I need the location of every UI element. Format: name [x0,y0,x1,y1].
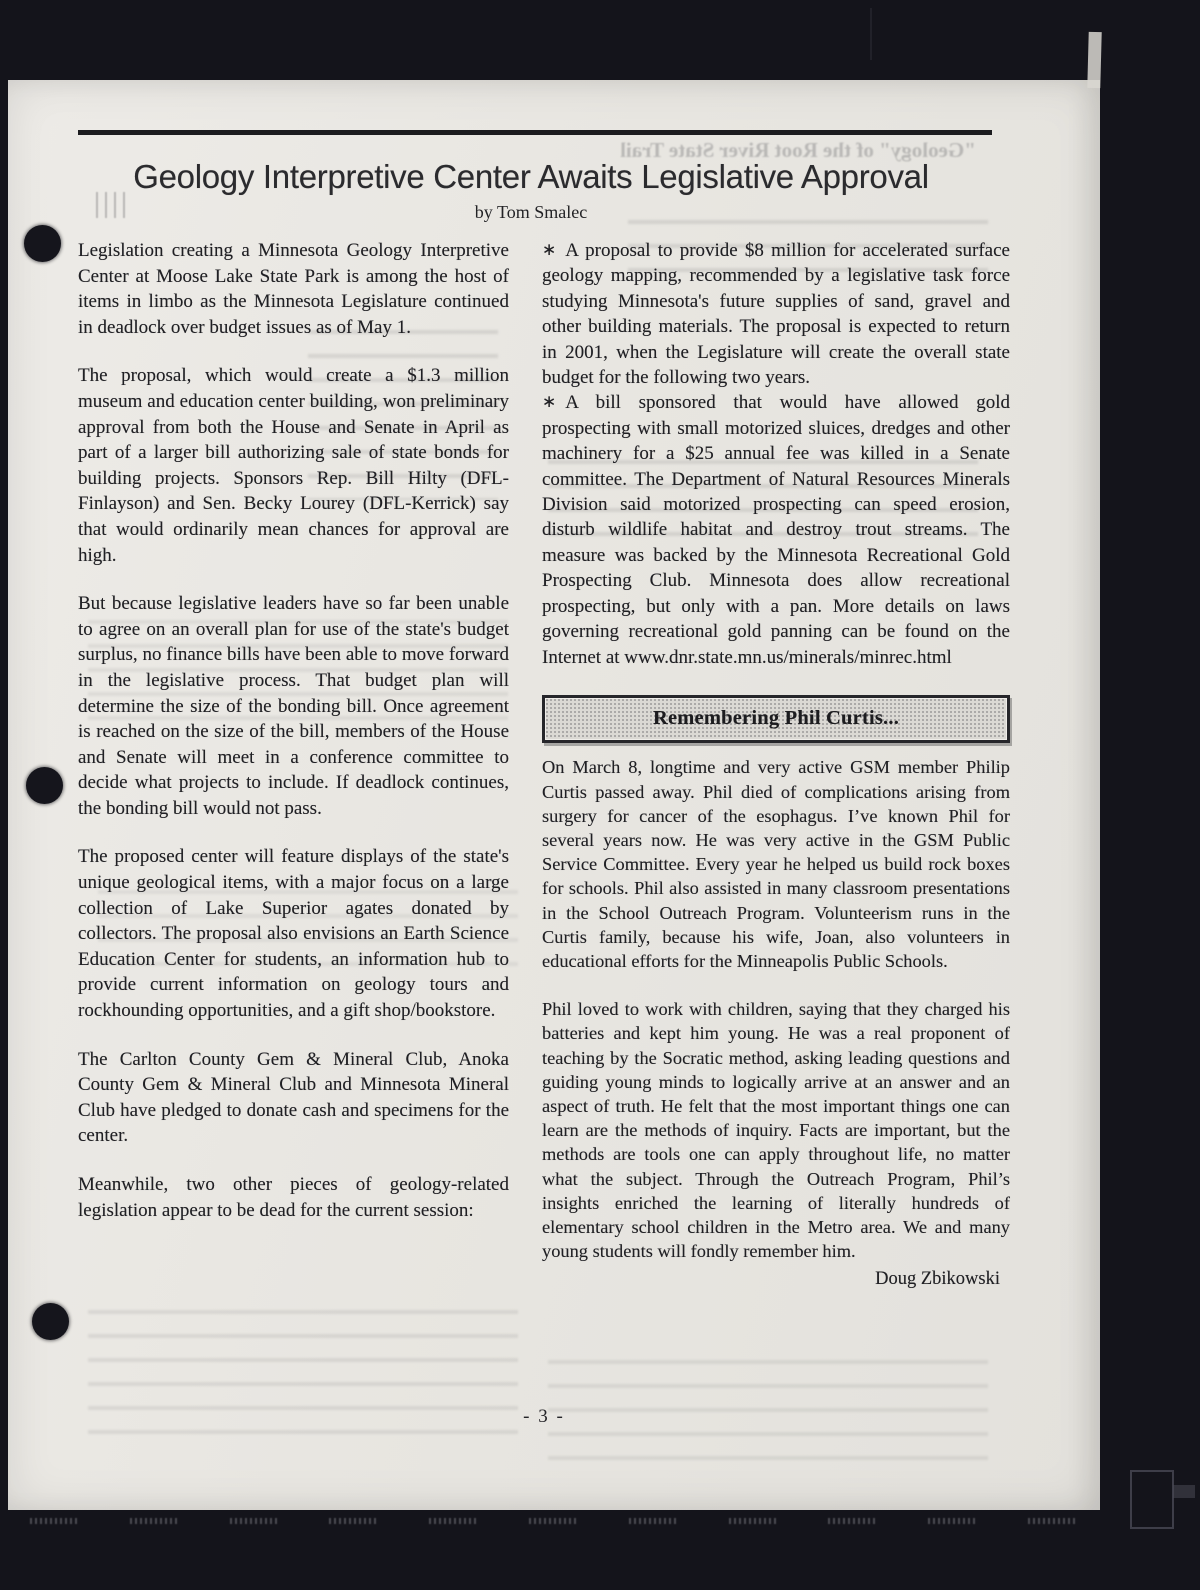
bullet-item: ∗A proposal to provide $8 million for ac… [542,238,1010,390]
page-number: - 3 - [78,1406,1010,1428]
punch-hole [24,225,61,262]
paragraph: Meanwhile, two other pieces of geology-r… [78,1172,509,1223]
film-edge-mark [828,1518,875,1524]
film-edge-mark [230,1518,277,1524]
memorial-header: Remembering Phil Curtis... [653,707,899,729]
bullet-text: A proposal to provide $8 million for acc… [542,240,1010,388]
header-rule [78,130,992,135]
film-edge-mark [529,1518,576,1524]
film-frame-marker [1130,1470,1174,1529]
punch-hole [32,1303,69,1340]
scanned-page: "Geology" of the Root River State Trail … [8,80,1100,1510]
film-edge-mark [729,1518,776,1524]
paragraph: The proposal, which would create a $1.3 … [78,363,509,568]
film-edge-mark [429,1518,476,1524]
film-scratch [870,8,872,60]
article-title: Geology Interpretive Center Awaits Legis… [66,158,996,196]
left-column: Legislation creating a Minnesota Geology… [78,238,509,1293]
next-page-edge [1087,32,1101,88]
paragraph: Legislation creating a Minnesota Geology… [78,238,509,340]
memorial-paragraph: Phil loved to work with children, saying… [542,997,1010,1263]
paragraph: But because legislative leaders have so … [78,591,509,821]
punch-hole [26,767,63,804]
asterisk-bullet-icon: ∗ [542,237,556,262]
film-frame-notch [1173,1485,1195,1498]
bullet-item: ∗A bill sponsored that would have allowe… [542,390,1010,669]
film-edge-mark [130,1518,177,1524]
paragraph: The proposed center will feature display… [78,844,509,1023]
film-edge-mark [30,1518,77,1524]
asterisk-bullet-icon: ∗ [542,389,556,414]
film-edge-mark [329,1518,376,1524]
memorial-header-box: Remembering Phil Curtis... [542,695,1010,743]
film-edge-mark [928,1518,975,1524]
film-edge-mark [629,1518,676,1524]
film-edge-marks [30,1518,1075,1525]
memorial-signature: Doug Zbikowski [542,1267,1010,1292]
film-edge-mark [1028,1518,1075,1524]
bullet-text: A bill sponsored that would have allowed… [542,392,1010,667]
right-column: ∗A proposal to provide $8 million for ac… [542,238,1010,1293]
paragraph: The Carlton County Gem & Mineral Club, A… [78,1047,509,1149]
article-byline: by Tom Smalec [66,202,996,223]
memorial-paragraph: On March 8, longtime and very active GSM… [542,755,1010,973]
article-body: Legislation creating a Minnesota Geology… [78,238,1010,1293]
